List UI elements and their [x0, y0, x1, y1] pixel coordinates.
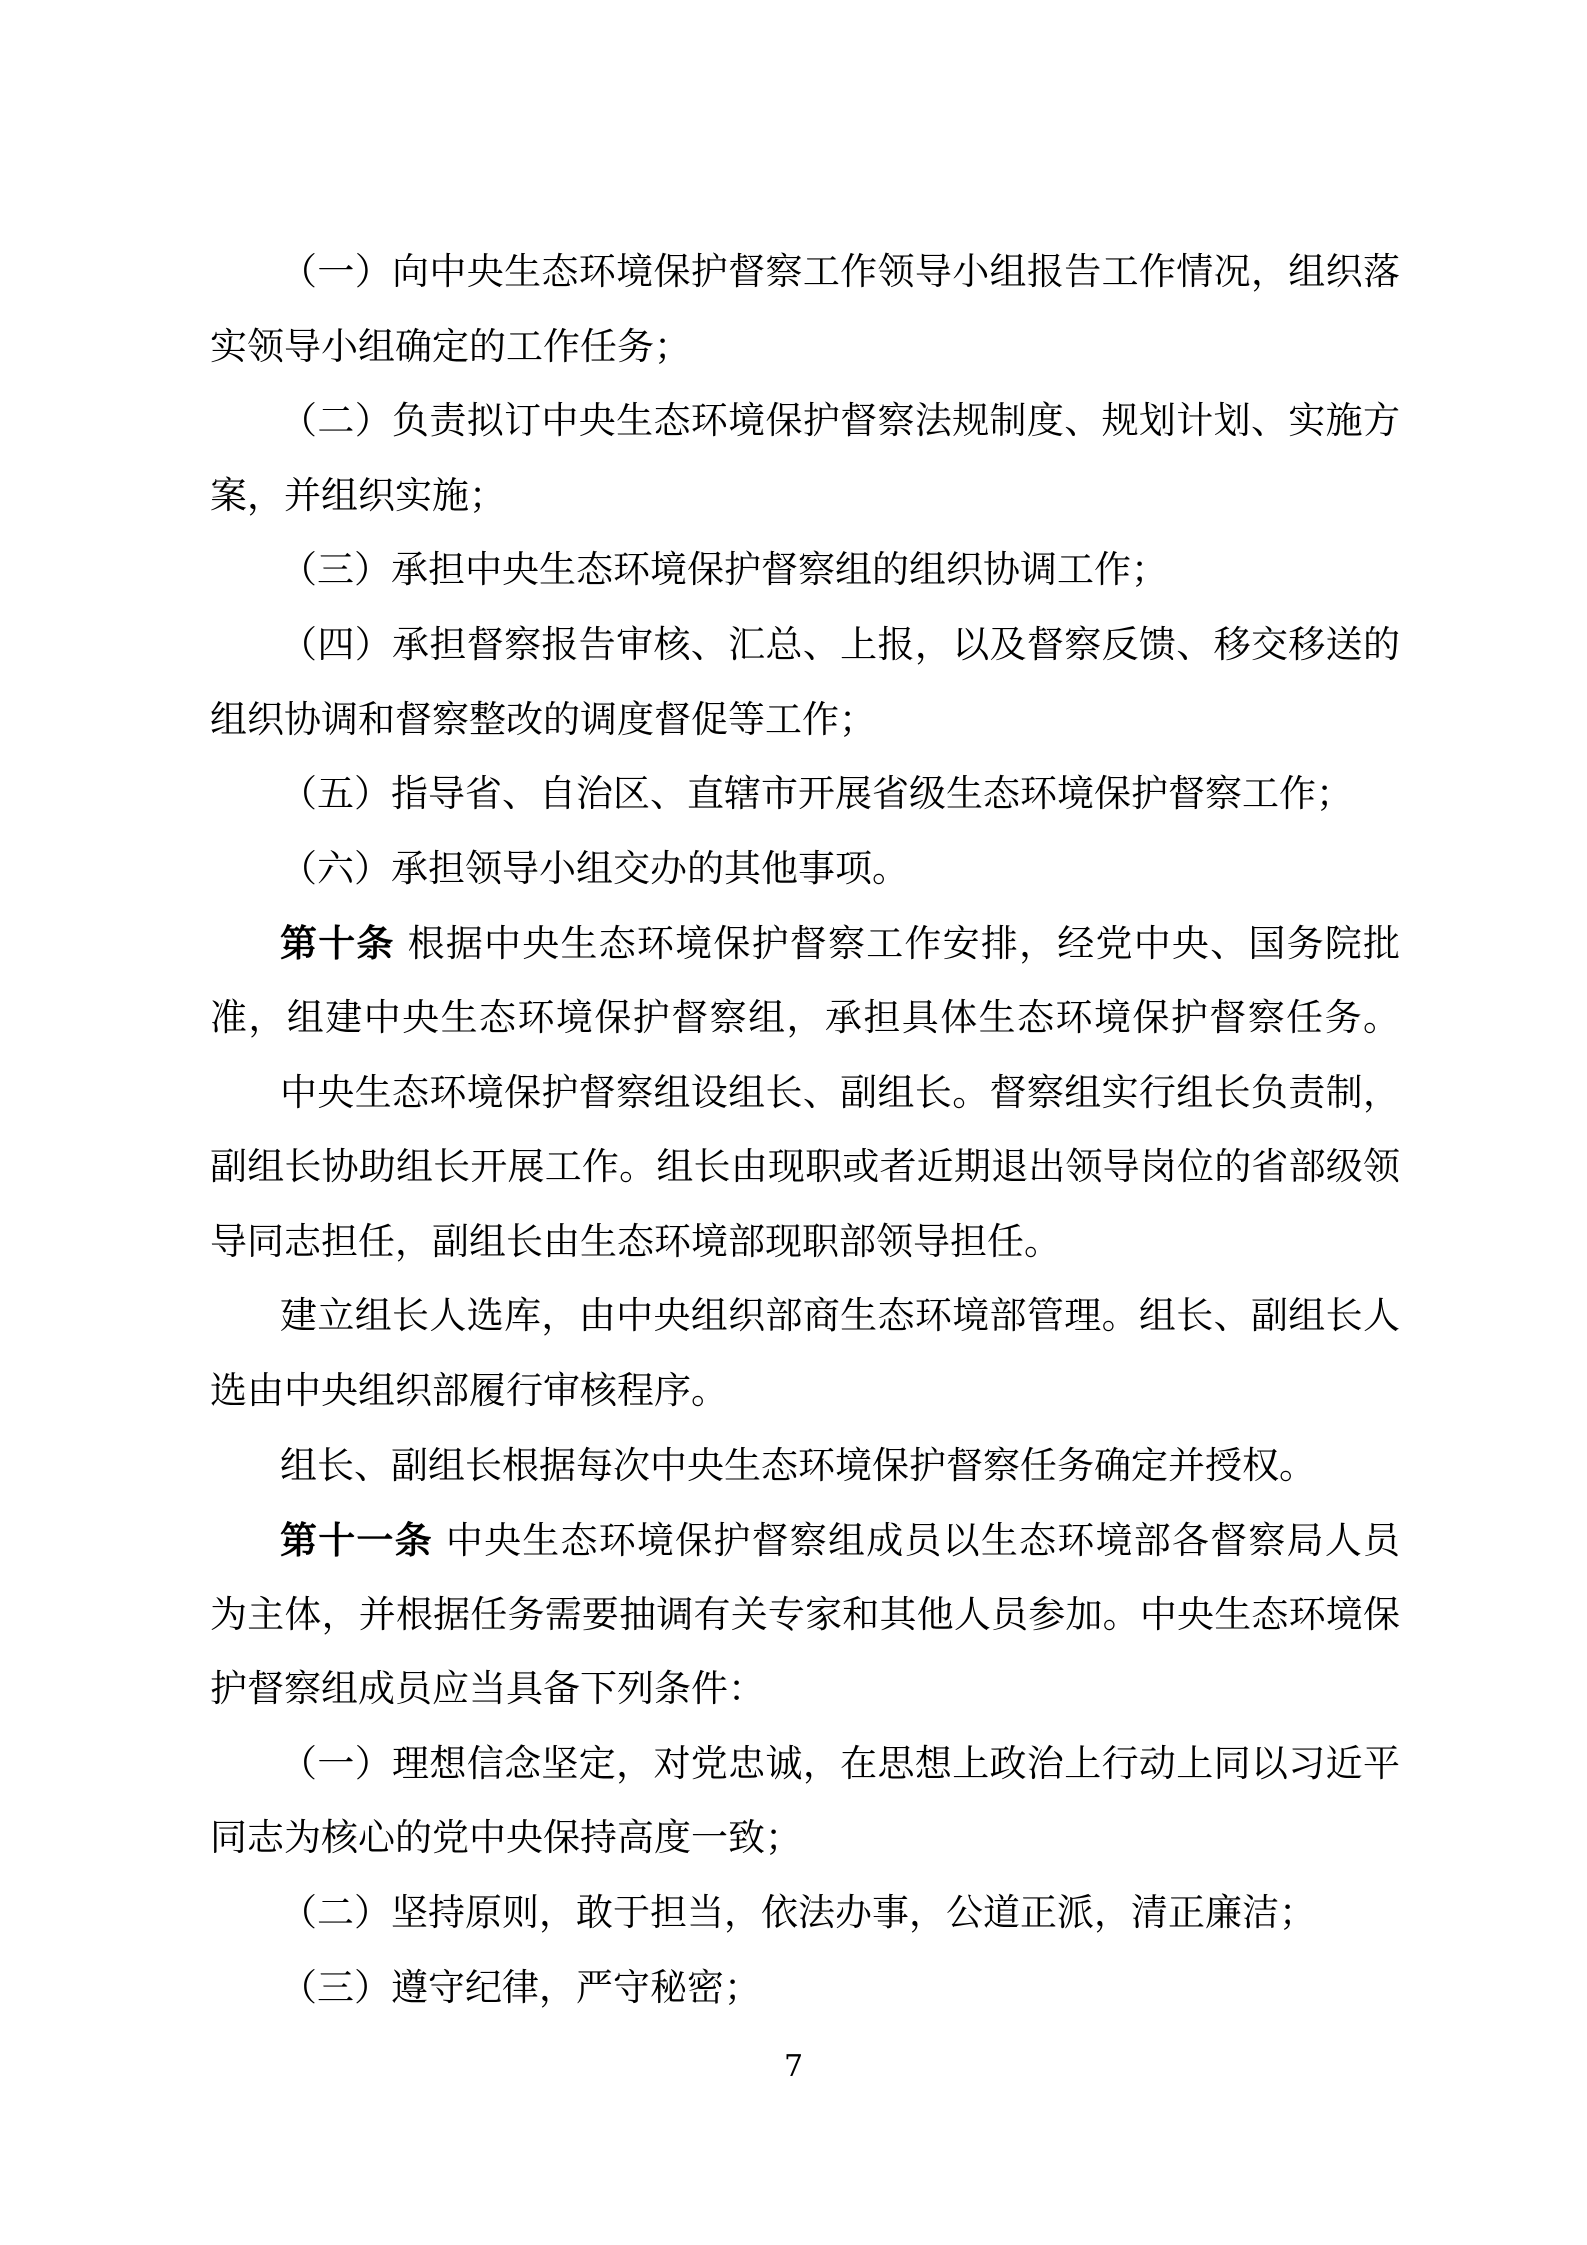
text-segment: 选由中央组织部履行审核程序。	[210, 1369, 728, 1412]
text-line: （二）坚持原则，敢于担当，依法办事，公道正派，清正廉洁；	[210, 1876, 1400, 1951]
text-segment: （三）遵守纪律，严守秘密；	[280, 1966, 761, 2009]
text-segment: 根据中央生态环境保护督察工作安排，经党中央、国务院批	[395, 922, 1400, 965]
text-segment: 为主体，并根据任务需要抽调有关专家和其他人员参加。中央生态环境保	[210, 1593, 1400, 1636]
text-line: 同志为核心的党中央保持高度一致；	[210, 1801, 1400, 1876]
text-segment: 副组长协助组长开展工作。组长由现职或者近期退出领导岗位的省部级领	[210, 1145, 1400, 1188]
text-line: （三）遵守纪律，严守秘密；	[210, 1951, 1400, 2026]
text-line: （四）承担督察报告审核、汇总、上报，以及督察反馈、移交移送的	[210, 608, 1400, 683]
text-line: 组长、副组长根据每次中央生态环境保护督察任务确定并授权。	[210, 1429, 1400, 1504]
text-line: （二）负责拟订中央生态环境保护督察法规制度、规划计划、实施方	[210, 384, 1400, 459]
text-segment: 组长、副组长根据每次中央生态环境保护督察任务确定并授权。	[280, 1444, 1316, 1487]
text-segment: 组织协调和督察整改的调度督促等工作；	[210, 698, 876, 741]
text-segment: （四）承担督察报告审核、汇总、上报，以及督察反馈、移交移送的	[280, 623, 1400, 666]
text-segment: 导同志担任，副组长由生态环境部现职部领导担任。	[210, 1220, 1061, 1263]
text-segment: 实领导小组确定的工作任务；	[210, 325, 691, 368]
page-number: 7	[0, 2050, 1587, 2084]
text-line: 选由中央组织部履行审核程序。	[210, 1354, 1400, 1429]
text-segment: 案，并组织实施；	[210, 474, 506, 517]
text-segment: 同志为核心的党中央保持高度一致；	[210, 1816, 802, 1859]
text-line: 组织协调和督察整改的调度督促等工作；	[210, 683, 1400, 758]
text-line: （五）指导省、自治区、直辖市开展省级生态环境保护督察工作；	[210, 757, 1400, 832]
text-line: （一）向中央生态环境保护督察工作领导小组报告工作情况，组织落	[210, 235, 1400, 310]
document-page: （一）向中央生态环境保护督察工作领导小组报告工作情况，组织落实领导小组确定的工作…	[0, 0, 1587, 2245]
text-line: 为主体，并根据任务需要抽调有关专家和其他人员参加。中央生态环境保	[210, 1578, 1400, 1653]
text-segment: 中央生态环境保护督察组成员以生态环境部各督察局人员	[433, 1519, 1400, 1562]
text-line: 建立组长人选库，由中央组织部商生态环境部管理。组长、副组长人	[210, 1279, 1400, 1354]
article-number: 第十一条	[280, 1518, 433, 1562]
text-segment: （五）指导省、自治区、直辖市开展省级生态环境保护督察工作；	[280, 772, 1353, 815]
text-segment: （二）负责拟订中央生态环境保护督察法规制度、规划计划、实施方	[280, 399, 1400, 442]
text-line: 实领导小组确定的工作任务；	[210, 310, 1400, 385]
text-segment: （六）承担领导小组交办的其他事项。	[280, 847, 909, 890]
text-segment: 护督察组成员应当具备下列条件：	[210, 1667, 765, 1710]
text-segment: （一）向中央生态环境保护督察工作领导小组报告工作情况，组织落	[280, 250, 1400, 293]
document-body: （一）向中央生态环境保护督察工作领导小组报告工作情况，组织落实领导小组确定的工作…	[210, 235, 1400, 2025]
text-segment: （三）承担中央生态环境保护督察组的组织协调工作；	[280, 548, 1168, 591]
text-line: 准，组建中央生态环境保护督察组，承担具体生态环境保护督察任务。	[210, 981, 1400, 1056]
text-line: 案，并组织实施；	[210, 459, 1400, 534]
text-line: 副组长协助组长开展工作。组长由现职或者近期退出领导岗位的省部级领	[210, 1130, 1400, 1205]
text-line: 导同志担任，副组长由生态环境部现职部领导担任。	[210, 1205, 1400, 1280]
text-line: （三）承担中央生态环境保护督察组的组织协调工作；	[210, 533, 1400, 608]
text-line: 第十条 根据中央生态环境保护督察工作安排，经党中央、国务院批	[210, 906, 1400, 981]
text-line: （一）理想信念坚定，对党忠诚，在思想上政治上行动上同以习近平	[210, 1727, 1400, 1802]
article-number: 第十条	[280, 921, 395, 965]
text-line: 护督察组成员应当具备下列条件：	[210, 1652, 1400, 1727]
text-line: 第十一条 中央生态环境保护督察组成员以生态环境部各督察局人员	[210, 1503, 1400, 1578]
text-segment: 中央生态环境保护督察组设组长、副组长。督察组实行组长负责制，	[280, 1071, 1400, 1114]
text-segment: （一）理想信念坚定，对党忠诚，在思想上政治上行动上同以习近平	[280, 1742, 1400, 1785]
text-segment: 建立组长人选库，由中央组织部商生态环境部管理。组长、副组长人	[280, 1294, 1400, 1337]
text-line: （六）承担领导小组交办的其他事项。	[210, 832, 1400, 907]
text-line: 中央生态环境保护督察组设组长、副组长。督察组实行组长负责制，	[210, 1056, 1400, 1131]
text-segment: （二）坚持原则，敢于担当，依法办事，公道正派，清正廉洁；	[280, 1891, 1316, 1934]
text-segment: 准，组建中央生态环境保护督察组，承担具体生态环境保护督察任务。	[210, 996, 1400, 1039]
